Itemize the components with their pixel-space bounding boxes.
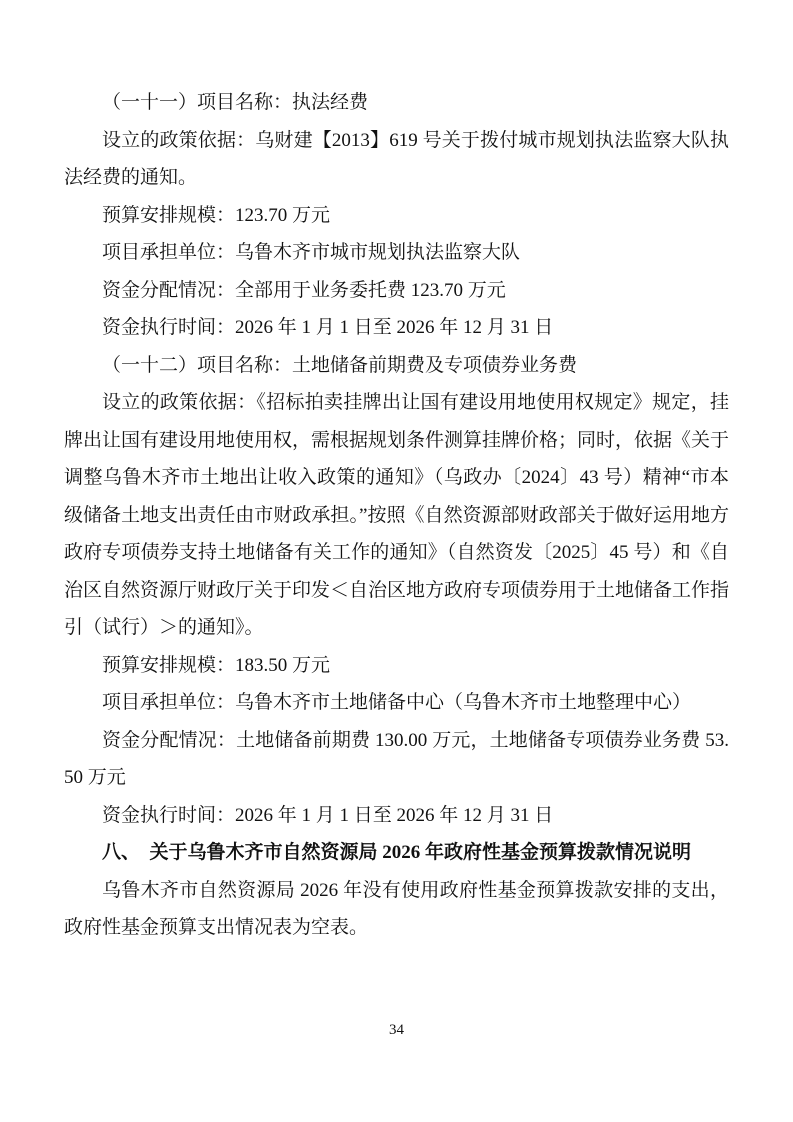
page-body-text: （一十一）项目名称：执法经费 设立的政策依据：乌财建【2013】619 号关于拨… <box>64 84 729 947</box>
project-12-fund-allocation: 资金分配情况：土地储备前期费 130.00 万元，土地储备专项债券业务费 53.… <box>64 722 729 797</box>
project-12-execution-period: 资金执行时间：2026 年 1 月 1 日至 2026 年 12 月 31 日 <box>64 797 729 835</box>
project-12-budget-scale: 预算安排规模：183.50 万元 <box>64 647 729 685</box>
page-number: 34 <box>0 1020 793 1040</box>
project-12-policy-basis: 设立的政策依据：《招标拍卖挂牌出让国有建设用地使用权规定》规定，挂牌出让国有建设… <box>64 384 729 647</box>
project-11-budget-scale: 预算安排规模：123.70 万元 <box>64 197 729 235</box>
project-11-fund-allocation: 资金分配情况：全部用于业务委托费 123.70 万元 <box>64 272 729 310</box>
document-page: { "page": { "background": "#ffffff", "te… <box>0 0 793 1122</box>
section-8-heading: 八、 关于乌鲁木齐市自然资源局 2026 年政府性基金预算拨款情况说明 <box>64 834 729 872</box>
project-12-name-line: （一十二）项目名称：土地储备前期费及专项债券业务费 <box>64 347 729 385</box>
project-12-undertaking-unit: 项目承担单位：乌鲁木齐市土地储备中心（乌鲁木齐市土地整理中心） <box>64 684 729 722</box>
project-11-execution-period: 资金执行时间：2026 年 1 月 1 日至 2026 年 12 月 31 日 <box>64 309 729 347</box>
project-11-undertaking-unit: 项目承担单位：乌鲁木齐市城市规划执法监察大队 <box>64 234 729 272</box>
project-11-policy-basis: 设立的政策依据：乌财建【2013】619 号关于拨付城市规划执法监察大队执法经费… <box>64 122 729 197</box>
project-11-name-line: （一十一）项目名称：执法经费 <box>64 84 729 122</box>
section-8-paragraph: 乌鲁木齐市自然资源局 2026 年没有使用政府性基金预算拨款安排的支出，政府性基… <box>64 872 729 947</box>
